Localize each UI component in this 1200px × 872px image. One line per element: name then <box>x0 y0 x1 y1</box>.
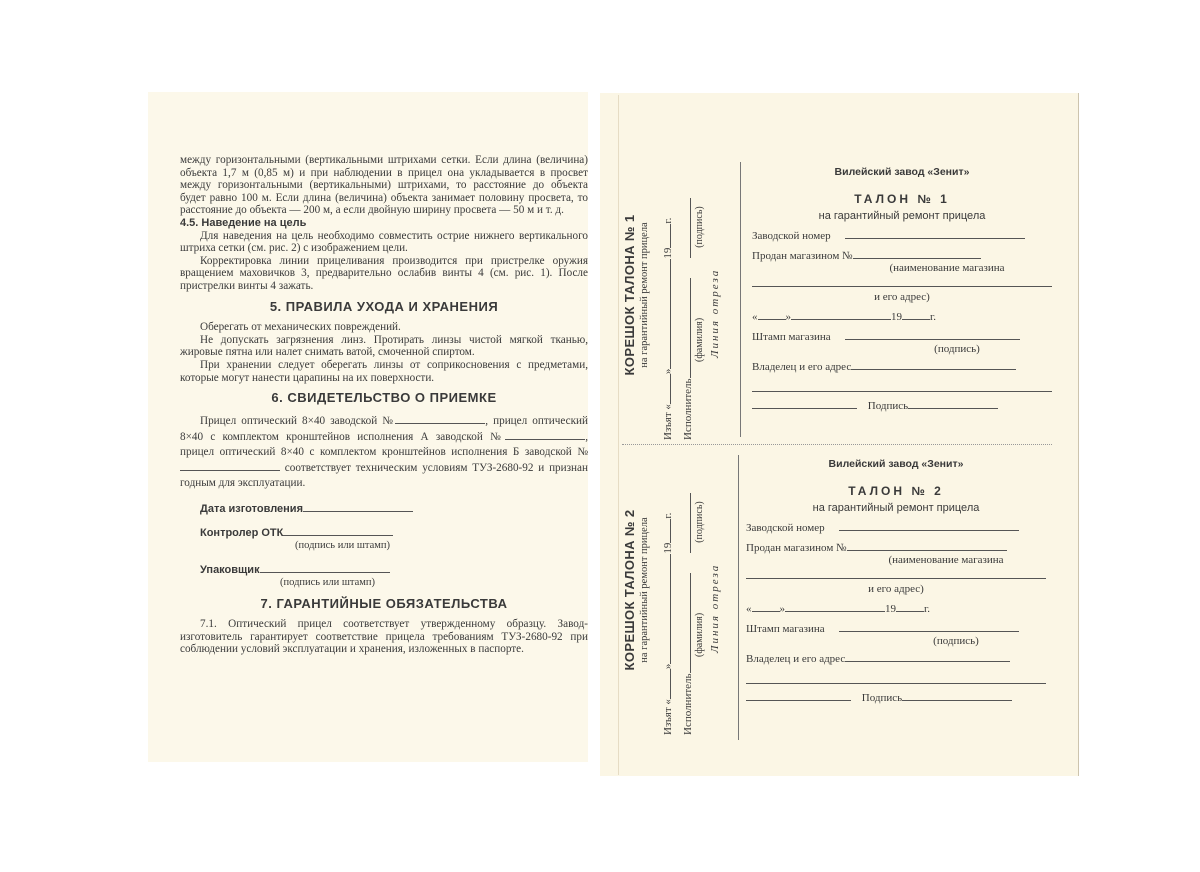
stub-2-year-suffix: г. <box>662 513 674 519</box>
stub-1-executor-label: Исполнитель <box>682 378 694 440</box>
talon-1-day-field[interactable] <box>758 309 786 320</box>
talon-2-sold-row: Продан магазином № <box>746 540 1046 554</box>
stub-1-taken-label: Изъят « <box>662 404 674 440</box>
talon-2-stamp-label: Штамп магазина <box>746 623 825 635</box>
stub-2-surname-note: (фамилия) <box>694 613 705 657</box>
talon-1-year-suffix: г. <box>930 311 936 323</box>
acceptance-paragraph: Прицел оптический 8×40 заводской №, приц… <box>180 413 588 491</box>
packer-note: (подпись или штамп) <box>280 577 588 590</box>
stub-1-year-field[interactable] <box>660 224 671 248</box>
talon-1-stamp-label: Штамп магазина <box>752 331 831 343</box>
stub-2-executor-label: Исполнитель <box>682 673 694 735</box>
paragraph-4-5-b: Корректировка линии прицеливания произво… <box>180 255 588 293</box>
talon-1-owner-address-field[interactable] <box>752 381 1052 392</box>
talon-2-sold-label: Продан магазином № <box>746 542 847 554</box>
talon-1-stamp-note: (подпись) <box>752 343 1052 355</box>
talon-2-factory: Вилейский завод «Зенит» <box>746 458 1046 470</box>
talon-1-stamp-row: Штамп магазина <box>752 329 1052 343</box>
page-fold <box>618 95 619 775</box>
stub-2-cut-divider <box>738 455 739 740</box>
stub-1-taken-row: Изъят «»19г. <box>660 150 674 440</box>
talon-1: Вилейский завод «Зенит» ТАЛОН № 1 на гар… <box>752 166 1052 412</box>
talon-1-signature-label: Подпись <box>868 400 908 412</box>
stub-2-cut-line: Линия отреза <box>709 445 721 735</box>
stub-1-title: КОРЕШОК ТАЛОНА № 1 <box>622 150 637 440</box>
talon-2-month-field[interactable] <box>785 601 885 612</box>
section-5-heading: 5. ПРАВИЛА УХОДА И ХРАНЕНИЯ <box>180 301 588 314</box>
subsection-4-5-heading: 4.5. Наведение на цель <box>180 217 588 230</box>
stub-1: КОРЕШОК ТАЛОНА № 1 на гарантийный ремонт… <box>622 150 742 440</box>
stub-1-subtitle: на гарантийный ремонт прицела <box>639 150 650 440</box>
talon-2-signature-row: Подпись <box>746 690 1046 704</box>
talon-2-date-row: «»19г. <box>746 601 1046 615</box>
talon-1-signature-name-field[interactable] <box>752 398 857 409</box>
section-6-heading: 6. СВИДЕТЕЛЬСТВО О ПРИЕМКЕ <box>180 392 588 405</box>
stub-1-executor-row: Исполнитель <box>680 150 694 440</box>
talon-2-signature-name-field[interactable] <box>746 690 851 701</box>
talon-2-stamp-note: (подпись) <box>746 635 1046 647</box>
talon-2: Вилейский завод «Зенит» ТАЛОН № 2 на гар… <box>746 458 1046 704</box>
serial-number-field-3[interactable] <box>180 460 280 471</box>
talon-1-owner-label: Владелец и его адрес <box>752 361 851 373</box>
talon-1-shop-field[interactable] <box>853 248 981 259</box>
stub-2-notes: (фамилия)(подпись) <box>694 445 705 735</box>
packer-row: Упаковщик <box>200 562 588 577</box>
stub-2-surname-field[interactable] <box>680 573 691 673</box>
otk-controller-label: Контролер ОТК <box>200 527 283 539</box>
stub-2-signature-note: (подпись) <box>694 501 705 543</box>
packer-label: Упаковщик <box>200 564 260 576</box>
paragraph-4-5-a: Для наведения на цель необходимо совмест… <box>180 230 588 255</box>
talon-2-serial-row: Заводской номер <box>746 520 1046 534</box>
talon-1-signature-row: Подпись <box>752 398 1052 412</box>
stub-1-surname-field[interactable] <box>680 278 691 378</box>
otk-controller-field[interactable] <box>283 525 393 536</box>
stub-1-day-field[interactable] <box>660 374 671 404</box>
stub-1-year-suffix: г. <box>662 218 674 224</box>
talon-1-serial-label: Заводской номер <box>752 230 831 242</box>
talon-1-serial-field[interactable] <box>845 228 1025 239</box>
talon-1-shop-note-b: и его адрес) <box>752 291 1052 303</box>
talon-1-serial-row: Заводской номер <box>752 228 1052 242</box>
manufacture-date-row: Дата изготовления <box>200 501 588 516</box>
stub-1-signature-note: (подпись) <box>694 206 705 248</box>
stub-2-year-field[interactable] <box>660 519 671 543</box>
talon-2-shop-note-b: и его адрес) <box>746 583 1046 595</box>
stub-2-month-field[interactable] <box>660 554 671 664</box>
talon-1-stamp-field[interactable] <box>845 329 1020 340</box>
stub-1-surname-note: (фамилия) <box>694 318 705 362</box>
talon-2-serial-label: Заводской номер <box>746 522 825 534</box>
talon-2-year-field[interactable] <box>896 601 924 612</box>
talon-2-serial-field[interactable] <box>839 520 1019 531</box>
intro-paragraph: между горизонтальными (вертикальными штр… <box>180 154 588 217</box>
stub-2-day-field[interactable] <box>660 669 671 699</box>
talon-1-year-prefix: 19 <box>891 311 902 323</box>
stub-1-cut-divider <box>740 162 741 437</box>
talon-1-owner-field[interactable] <box>851 359 1016 370</box>
manufacture-date-label: Дата изготовления <box>200 503 303 515</box>
stub-1-cut-line: Линия отреза <box>709 150 721 440</box>
stub-2-signature-field[interactable] <box>680 493 691 553</box>
talon-2-day-field[interactable] <box>752 601 780 612</box>
talon-2-year-prefix: 19 <box>885 603 896 615</box>
talon-1-shop-address-field[interactable] <box>752 276 1052 287</box>
left-page-text: между горизонтальными (вертикальными штр… <box>180 154 588 656</box>
stub-2-subtitle: на гарантийный ремонт прицела <box>639 445 650 735</box>
talon-1-year-field[interactable] <box>902 309 930 320</box>
talon-1-sold-label: Продан магазином № <box>752 250 853 262</box>
stub-2-taken-row: Изъят «»19г. <box>660 445 674 735</box>
section-5-p1: Оберегать от механических повреждений. <box>180 321 588 334</box>
section-7-heading: 7. ГАРАНТИЙНЫЕ ОБЯЗАТЕЛЬСТВА <box>180 598 588 611</box>
stub-1-quote: » <box>662 369 674 375</box>
talon-2-owner-label: Владелец и его адрес <box>746 653 845 665</box>
talon-2-stamp-row: Штамп магазина <box>746 621 1046 635</box>
stub-2-taken-label: Изъят « <box>662 699 674 735</box>
section-5-p3: При хранении следует оберегать линзы от … <box>180 359 588 384</box>
section-7-p1: 7.1. Оптический прицел соответствует утв… <box>180 618 588 656</box>
talon-1-shop-note-a: (наименование магазина <box>752 262 1052 274</box>
talon-1-date-row: «»19г. <box>752 309 1052 323</box>
stub-1-month-field[interactable] <box>660 259 671 369</box>
talon-2-signature-label: Подпись <box>862 692 902 704</box>
talon-2-shop-address-field[interactable] <box>746 568 1046 579</box>
talon-1-subtitle: на гарантийный ремонт прицела <box>752 210 1052 222</box>
stub-1-notes: (фамилия)(подпись) <box>694 150 705 440</box>
talon-2-shop-field[interactable] <box>847 540 1007 551</box>
section-5-p2: Не допускать загрязнения линз. Протирать… <box>180 334 588 359</box>
stub-1-year-prefix: 19 <box>662 248 674 259</box>
talon-1-title: ТАЛОН № 1 <box>752 192 1052 206</box>
stub-2-executor-row: Исполнитель <box>680 445 694 735</box>
serial-number-field-1[interactable] <box>395 413 485 424</box>
talon-2-title: ТАЛОН № 2 <box>746 484 1046 498</box>
talon-2-shop-note-a: (наименование магазина <box>746 554 1046 566</box>
otk-controller-row: Контролер ОТК <box>200 525 588 540</box>
talon-1-signature-field[interactable] <box>908 398 998 409</box>
talon-1-sold-row: Продан магазином № <box>752 248 1052 262</box>
manufacture-date-field[interactable] <box>303 501 413 512</box>
talon-1-owner-row: Владелец и его адрес <box>752 359 1052 373</box>
talon-2-subtitle: на гарантийный ремонт прицела <box>746 502 1046 514</box>
talon-2-owner-field[interactable] <box>845 651 1010 662</box>
acceptance-text-a: Прицел оптический 8×40 заводской № <box>200 415 395 427</box>
stub-2-year-prefix: 19 <box>662 543 674 554</box>
talon-2-stamp-field[interactable] <box>839 621 1019 632</box>
packer-field[interactable] <box>260 562 390 573</box>
talon-2-owner-address-field[interactable] <box>746 673 1046 684</box>
stub-1-signature-field[interactable] <box>680 198 691 258</box>
stub-2-title: КОРЕШОК ТАЛОНА № 2 <box>622 445 637 735</box>
stub-2: КОРЕШОК ТАЛОНА № 2 на гарантийный ремонт… <box>622 445 742 735</box>
talon-2-owner-row: Владелец и его адрес <box>746 651 1046 665</box>
talon-2-signature-field[interactable] <box>902 690 1012 701</box>
serial-number-field-2[interactable] <box>505 429 585 440</box>
talon-2-year-suffix: г. <box>924 603 930 615</box>
talon-1-factory: Вилейский завод «Зенит» <box>752 166 1052 178</box>
talon-1-month-field[interactable] <box>791 309 891 320</box>
otk-note: (подпись или штамп) <box>295 540 588 553</box>
stub-2-quote: » <box>662 664 674 670</box>
